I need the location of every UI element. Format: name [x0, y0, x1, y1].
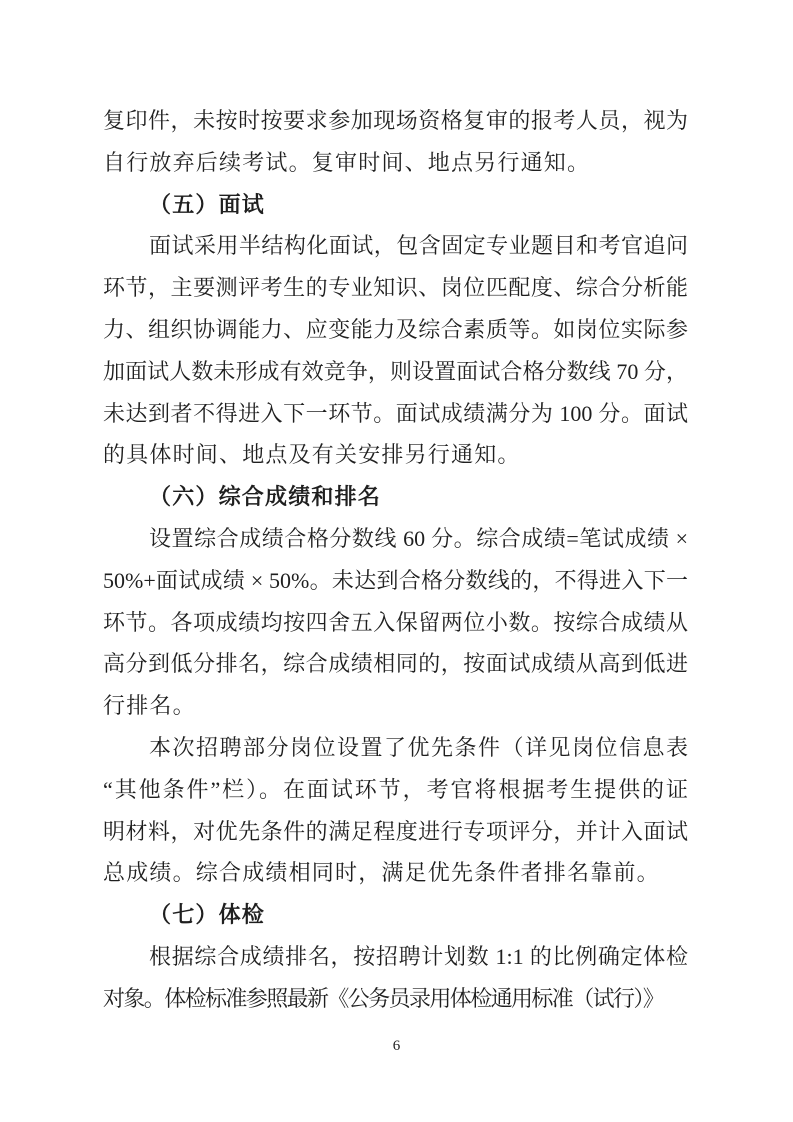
text-line: 根据综合成绩排名，按招聘计划数 1:1 的比例确定体检 [103, 936, 688, 978]
text-line: “其他条件”栏）。在面试环节，考官将根据考生提供的证 [103, 769, 688, 811]
text-line: 设置综合成绩合格分数线 60 分。综合成绩=笔试成绩 × [103, 518, 688, 560]
document-body: 复印件，未按时按要求参加现场资格复审的报考人员，视为自行放弃后续考试。复审时间、… [103, 100, 688, 1020]
text-line: 环节，主要测评考生的专业知识、岗位匹配度、综合分析能 [103, 267, 688, 309]
text-line: 高分到低分排名，综合成绩相同的，按面试成绩从高到低进 [103, 643, 688, 685]
text-line: 的具体时间、地点及有关安排另行通知。 [103, 434, 688, 476]
text-line: 行排名。 [103, 685, 688, 727]
text-line: 未达到者不得进入下一环节。面试成绩满分为 100 分。面试 [103, 393, 688, 435]
text-line: 对象。体检标准参照最新《公务员录用体检通用标准（试行）》 [103, 978, 688, 1020]
text-line: 加面试人数未形成有效竞争，则设置面试合格分数线 70 分， [103, 351, 688, 393]
text-line: 50%+面试成绩 × 50%。未达到合格分数线的，不得进入下一 [103, 560, 688, 602]
section-heading: （五）面试 [103, 184, 688, 226]
text-line: 复印件，未按时按要求参加现场资格复审的报考人员，视为 [103, 100, 688, 142]
text-line: 本次招聘部分岗位设置了优先条件（详见岗位信息表 [103, 727, 688, 769]
page-number: 6 [0, 1036, 793, 1056]
text-line: 环节。各项成绩均按四舍五入保留两位小数。按综合成绩从 [103, 602, 688, 644]
section-heading: （六）综合成绩和排名 [103, 476, 688, 518]
text-line: 力、组织协调能力、应变能力及综合素质等。如岗位实际参 [103, 309, 688, 351]
text-line: 面试采用半结构化面试，包含固定专业题目和考官追问 [103, 225, 688, 267]
document-page: 复印件，未按时按要求参加现场资格复审的报考人员，视为自行放弃后续考试。复审时间、… [0, 0, 793, 1122]
section-heading: （七）体检 [103, 894, 688, 936]
text-line: 自行放弃后续考试。复审时间、地点另行通知。 [103, 142, 688, 184]
text-line: 总成绩。综合成绩相同时，满足优先条件者排名靠前。 [103, 852, 688, 894]
text-line: 明材料，对优先条件的满足程度进行专项评分，并计入面试 [103, 811, 688, 853]
